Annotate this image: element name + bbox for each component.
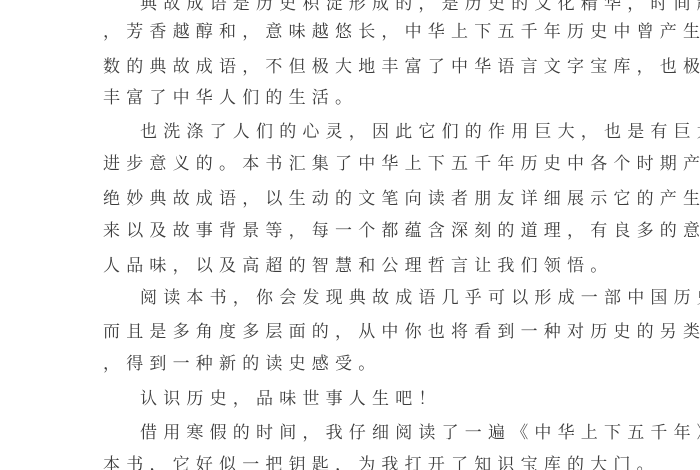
text-line: 认识历史，品味世事人生吧！ [140, 387, 640, 411]
text-line: 也洗涤了人们的心灵，因此它们的作用巨大，也是有巨大的 [140, 120, 640, 144]
text-line: 来以及故事背景等，每一个都蕴含深刻的道理，有良多的意趣让 [103, 219, 603, 243]
document-page: 典故成语是历史积淀形成的，是历史的文化精华，时间越长 ，芳香越醇和，意味越悠长，… [0, 0, 700, 470]
text-line: ，芳香越醇和，意味越悠长，中华上下五千年历史中曾产生过无 [103, 20, 603, 44]
text-line: 本书，它好似一把钥匙，为我打开了知识宝库的大门。 [103, 453, 603, 470]
text-line: 典故成语是历史积淀形成的，是历史的文化精华，时间越长 [140, 0, 640, 16]
text-line: 借用寒假的时间，我仔细阅读了一遍《中华上下五千年》这 [140, 421, 640, 445]
text-line: 丰富了中华人们的生活。 [103, 86, 603, 110]
text-line: 绝妙典故成语，以生动的文笔向读者朋友详细展示它的产生、由 [103, 187, 603, 211]
text-line: 数的典故成语，不但极大地丰富了中华语言文字宝库，也极大地 [103, 55, 603, 79]
text-line: 进步意义的。本书汇集了中华上下五千年历史中各个时期产生的 [103, 152, 603, 176]
text-line: 人品味，以及高超的智慧和公理哲言让我们领悟。 [103, 254, 603, 278]
text-line: 阅读本书，你会发现典故成语几乎可以形成一部中国历史， [140, 286, 640, 310]
text-line: ，得到一种新的读史感受。 [103, 352, 603, 376]
text-line: 而且是多角度多层面的，从中你也将看到一种对历史的另类注解 [103, 320, 603, 344]
